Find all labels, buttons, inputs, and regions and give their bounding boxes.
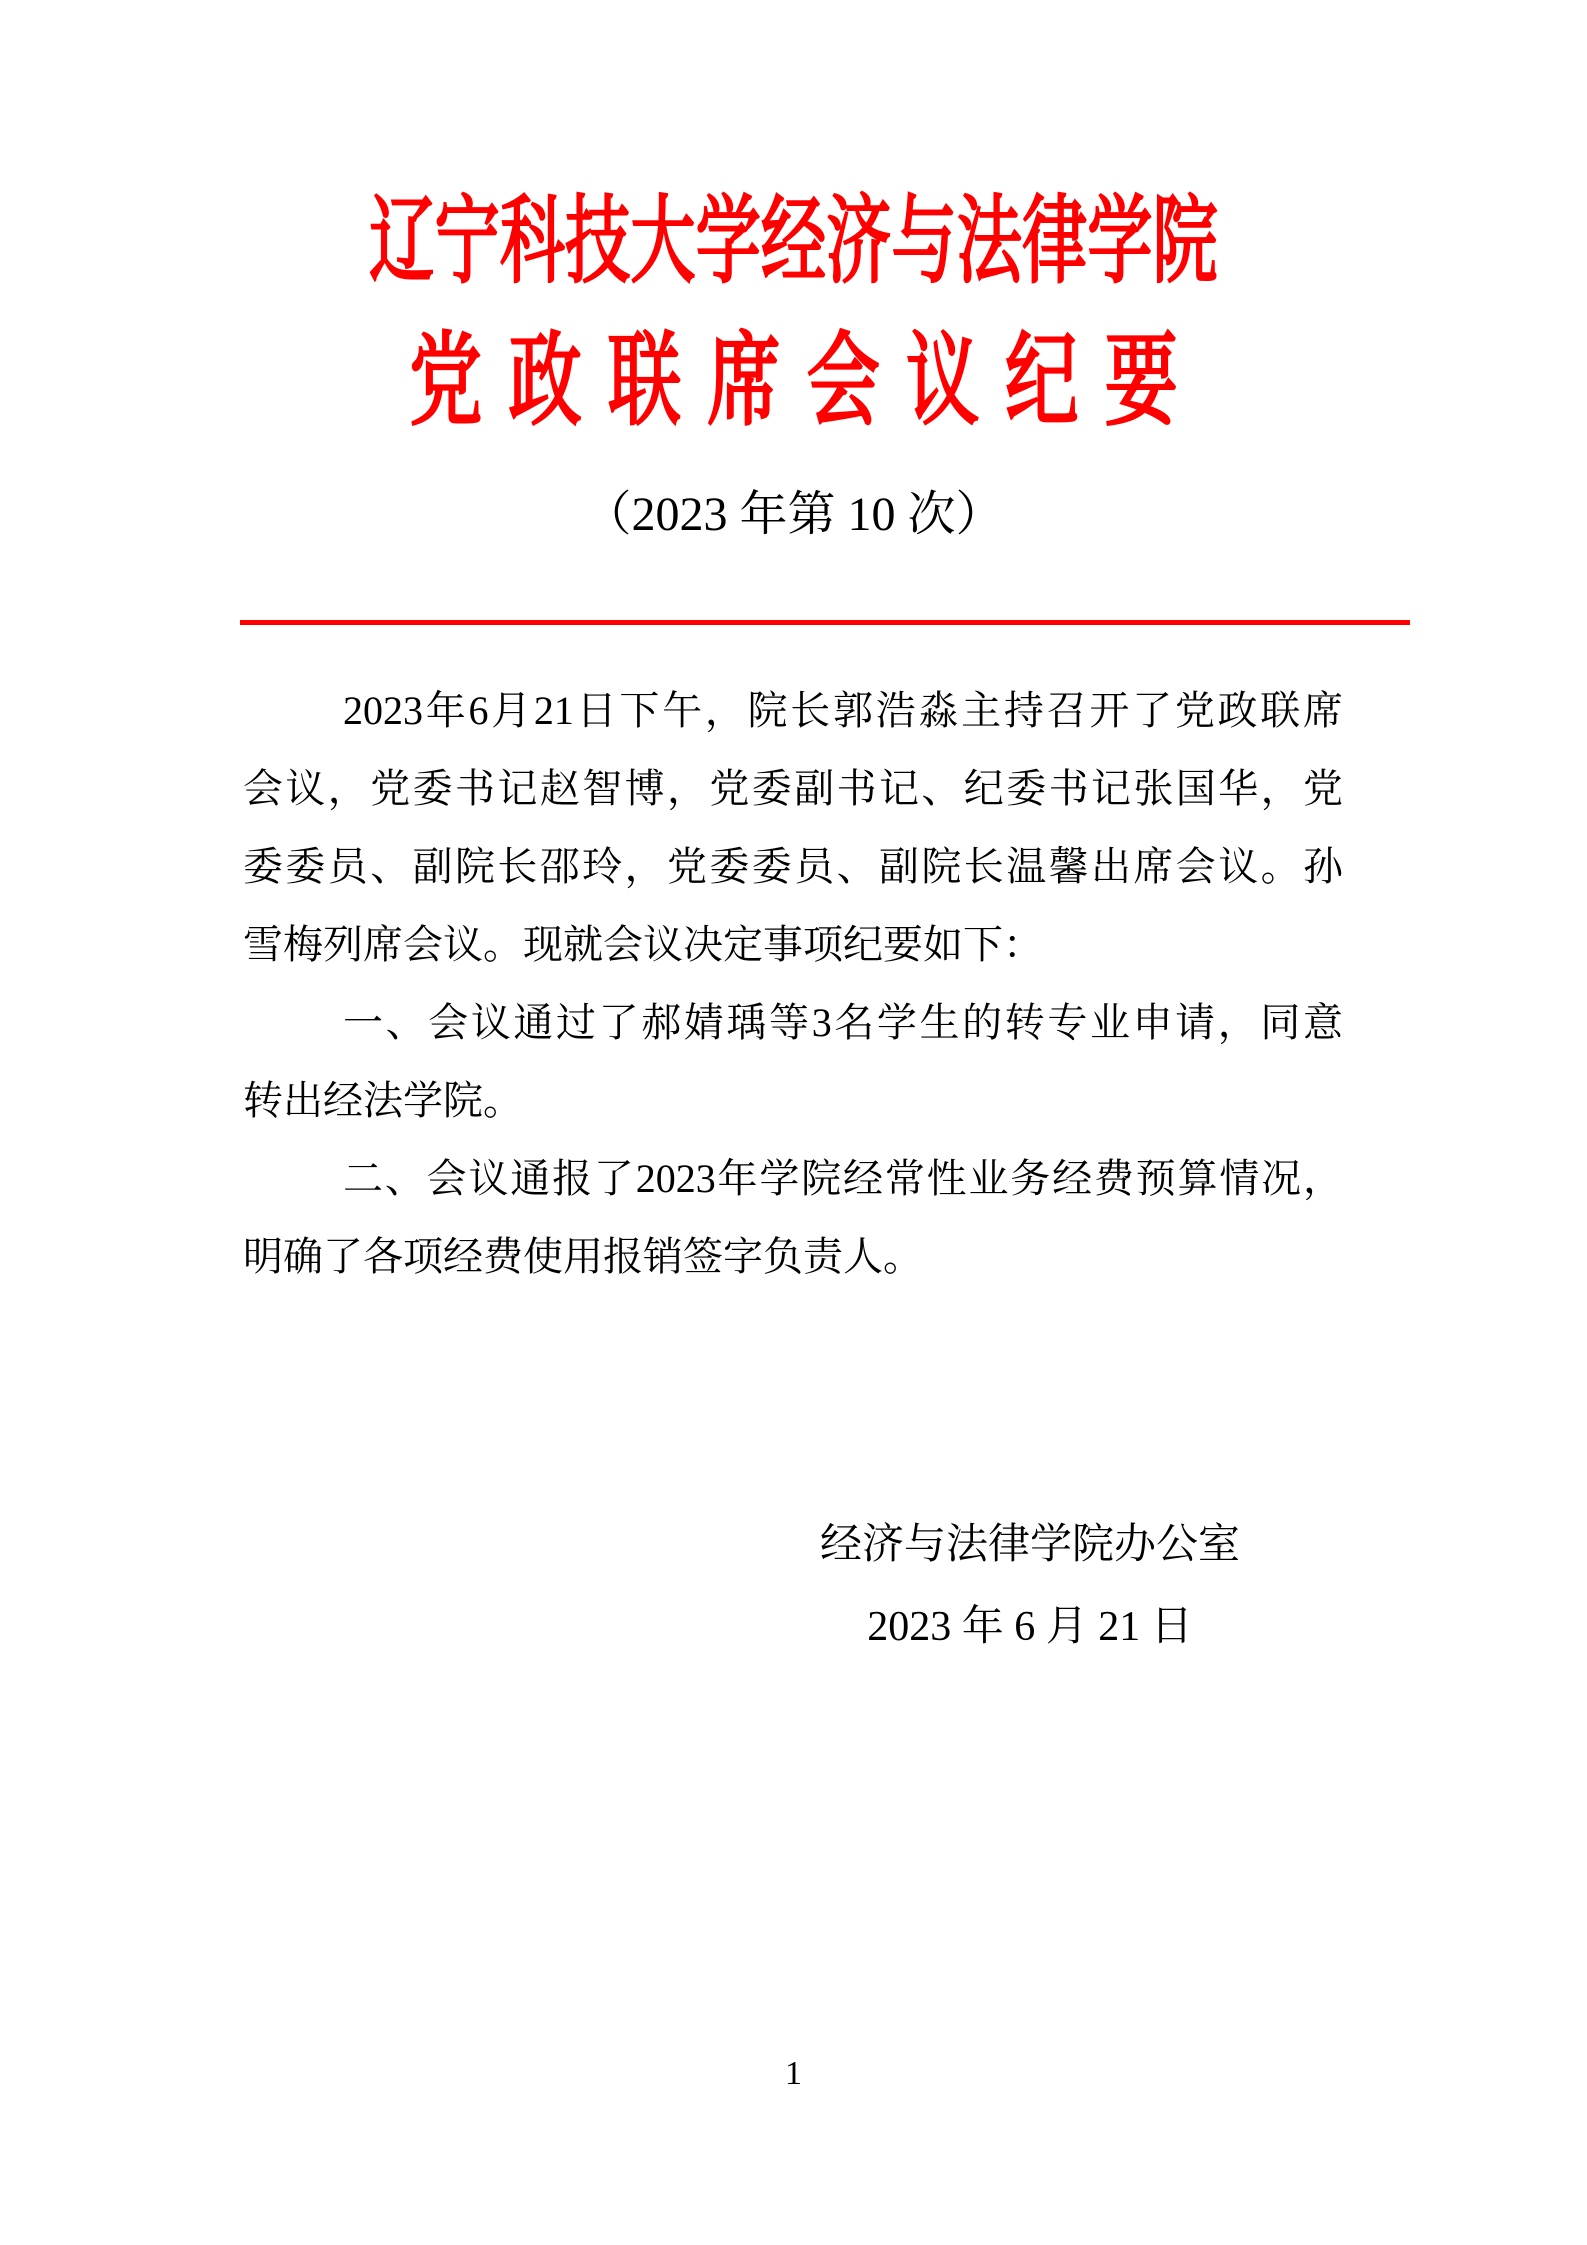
signature-block: 经济与法律学院办公室 2023 年 6 月 21 日 [618,1504,1442,1668]
body-line: 委委员、副院长邵玲，党委委员、副院长温馨出席会议。孙 [243,828,1343,906]
document-body: 2023年6月21日下午，院长郭浩淼主持召开了党政联席 会议，党委书记赵智博，党… [243,672,1343,1296]
body-line: 明确了各项经费使用报销签字负责人。 [243,1218,1343,1296]
red-divider-line [240,620,1410,625]
body-line: 转出经法学院。 [243,1062,1343,1140]
document-subtitle-session-number: （2023 年第 10 次） [0,486,1587,544]
body-line: 雪梅列席会议。现就会议决定事项纪要如下： [243,906,1343,984]
signature-date: 2023 年 6 月 21 日 [618,1586,1442,1668]
document-title-line1: 辽宁科技大学经济与法律学院 [254,192,1333,293]
body-line: 会议，党委书记赵智博，党委副书记、纪委书记张国华，党 [243,750,1343,828]
page-number: 1 [0,2054,1587,2095]
body-line: 2023年6月21日下午，院长郭浩淼主持召开了党政联席 [243,672,1343,750]
document-page: 辽宁科技大学经济与法律学院 党政联席会议纪要 （2023 年第 10 次） 20… [0,0,1587,2245]
body-line: 一、会议通过了郝婧瑀等3名学生的转专业申请，同意 [243,984,1343,1062]
body-line: 二、会议通报了2023年学院经常性业务经费预算情况， [243,1140,1343,1218]
document-title-line2: 党政联席会议纪要 [222,328,1365,435]
signature-office: 经济与法律学院办公室 [618,1504,1442,1586]
